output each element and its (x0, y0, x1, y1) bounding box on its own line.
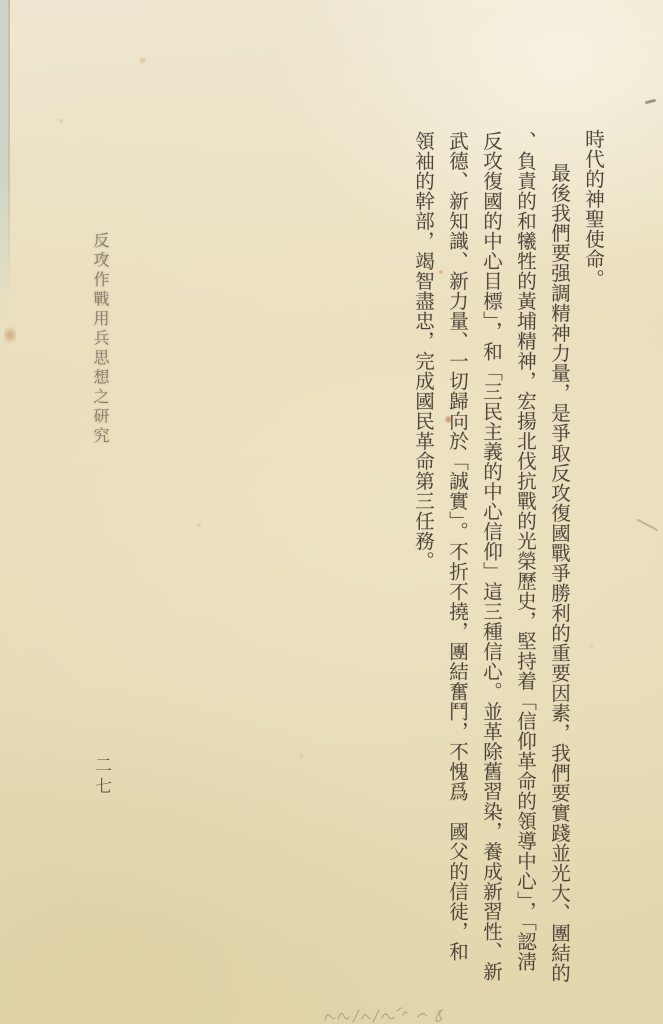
text-column: 、負責的和犧牲的黃埔精神，宏揚北伐抗戰的光榮歷史，堅持着「信仰革命的領導中心」，… (509, 131, 539, 972)
text-column: 武德、新知識、新力量、一切歸向於「誠實」。不折不撓，團結奮鬥，不愧爲 國父的信徒… (441, 131, 471, 961)
main-text-block: 時代的神聖使命。最後我們要强調精神力量，是爭取反攻復國戰爭勝利的重要因素，我們要… (0, 0, 663, 1024)
text-column: 最後我們要强調精神力量，是爭取反攻復國戰爭勝利的重要因素，我們要實踐並光大、團結… (543, 163, 573, 983)
text-column: 時代的神聖使命。 (577, 129, 607, 289)
text-column: 反攻復國的中心目標」，和「三民主義的中心信仰」這三種信心。並革除舊習染，養成新習… (475, 131, 505, 981)
handwriting-mark (318, 1003, 468, 1024)
running-title: 反攻作戰用兵思想之研究 (87, 232, 111, 447)
book-page: 時代的神聖使命。最後我們要强調精神力量，是爭取反攻復國戰爭勝利的重要因素，我們要… (0, 0, 663, 1024)
text-column: 領袖的幹部，竭智盡忠，完成國民革命第三任務。 (407, 131, 437, 571)
page-number: 二七 (90, 756, 112, 798)
